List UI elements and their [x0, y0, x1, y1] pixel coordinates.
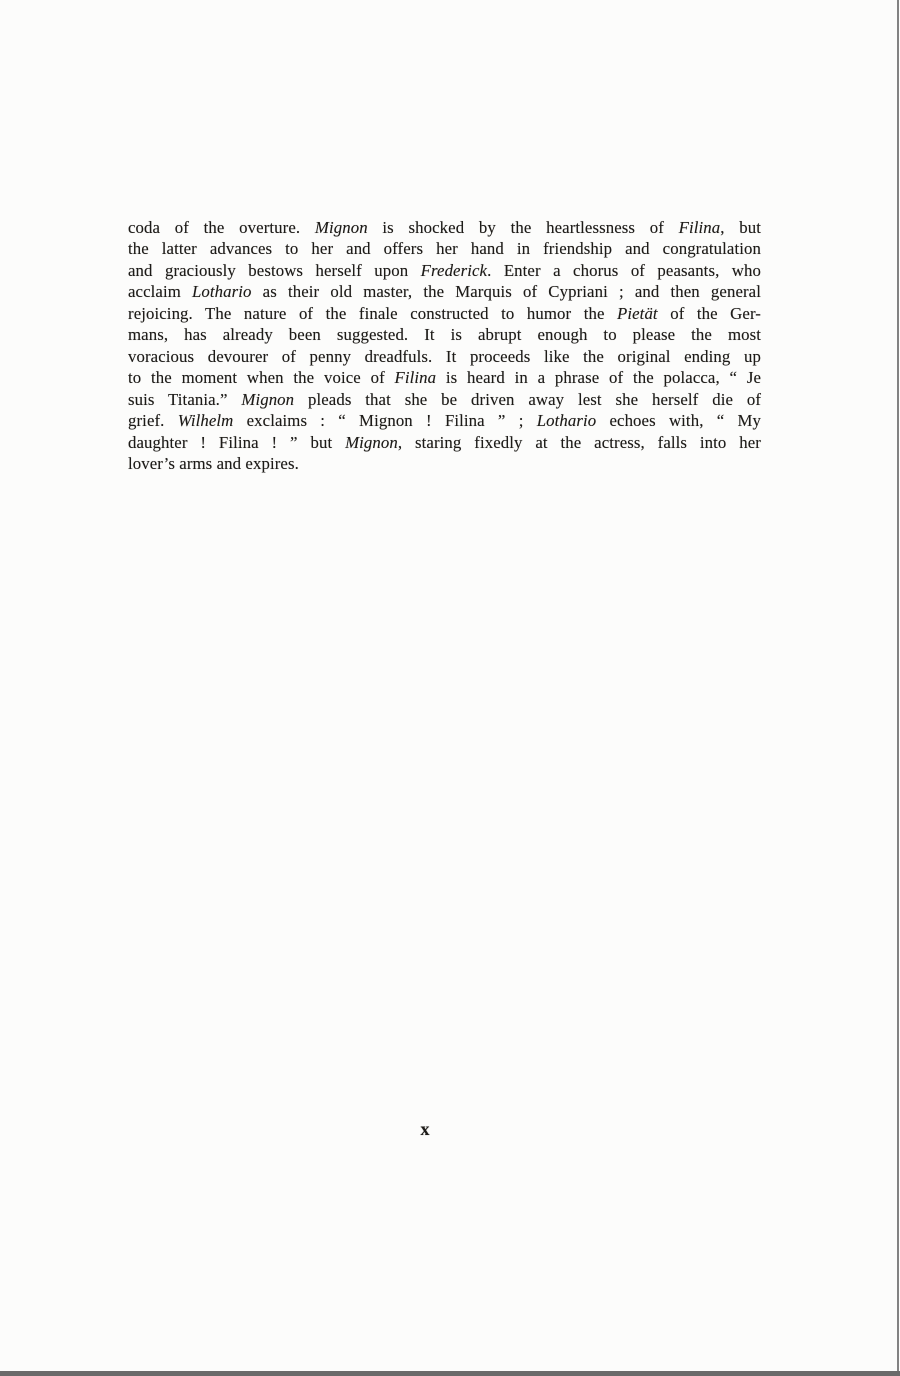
text-line: the latter advances to her and offers he…: [128, 238, 761, 259]
text-segment: acclaim: [128, 282, 192, 301]
italic-text-segment: Mignon: [241, 390, 294, 409]
scan-bottom-edge-bar: [0, 1371, 900, 1376]
text-segment: is heard in a phrase of the polacca, “ J…: [436, 368, 761, 387]
text-segment: to the moment when the voice of: [128, 368, 395, 387]
italic-text-segment: Frederick: [421, 261, 487, 280]
italic-text-segment: Filina: [395, 368, 437, 387]
text-line: suis Titania.” Mignon pleads that she be…: [128, 389, 761, 410]
italic-text-segment: Pietät: [617, 304, 658, 323]
text-segment: rejoicing. The nature of the finale cons…: [128, 304, 617, 323]
italic-text-segment: Lothario: [192, 282, 252, 301]
text-segment: as their old master, the Marquis of Cypr…: [252, 282, 761, 301]
text-line: acclaim Lothario as their old master, th…: [128, 281, 761, 302]
text-line: to the moment when the voice of Filina i…: [128, 367, 761, 388]
text-segment: . Enter a chorus of peasants, who: [487, 261, 761, 280]
text-line: coda of the overture. Mignon is shocked …: [128, 217, 761, 238]
text-segment: , staring fixedly at the actress, falls …: [398, 433, 761, 452]
text-segment: suis Titania.”: [128, 390, 241, 409]
text-segment: voracious devourer of penny dreadfuls. I…: [128, 347, 761, 366]
text-line: grief. Wilhelm exclaims : “ Mignon ! Fil…: [128, 410, 761, 431]
text-segment: , but: [720, 218, 761, 237]
text-segment: daughter ! Filina ! ” but: [128, 433, 345, 452]
page-number: x: [400, 1119, 450, 1140]
text-line: daughter ! Filina ! ” but Mignon, starin…: [128, 432, 761, 453]
text-segment: of the Ger-: [658, 304, 761, 323]
italic-text-segment: Mignon: [315, 218, 368, 237]
italic-text-segment: Lothario: [537, 411, 597, 430]
text-segment: echoes with, “ My: [596, 411, 761, 430]
text-segment: mans, has already been suggested. It is …: [128, 325, 761, 344]
scan-right-edge-line: [897, 0, 899, 1376]
text-segment: the latter advances to her and offers he…: [128, 239, 761, 258]
text-segment: exclaims : “ Mignon ! Filina ” ;: [233, 411, 536, 430]
text-line: lover’s arms and expires.: [128, 453, 761, 474]
text-segment: grief.: [128, 411, 178, 430]
book-page: coda of the overture. Mignon is shocked …: [0, 0, 900, 1376]
italic-text-segment: Filina: [679, 218, 721, 237]
text-line: mans, has already been suggested. It is …: [128, 324, 761, 345]
text-segment: pleads that she be driven away lest she …: [294, 390, 761, 409]
text-segment: coda of the overture.: [128, 218, 315, 237]
text-segment: and graciously bestows herself upon: [128, 261, 421, 280]
italic-text-segment: Wilhelm: [178, 411, 234, 430]
text-segment: lover’s arms and expires.: [128, 454, 299, 473]
paragraph: coda of the overture. Mignon is shocked …: [128, 217, 761, 474]
text-segment: is shocked by the heartlessness of: [368, 218, 679, 237]
italic-text-segment: Mignon: [345, 433, 398, 452]
text-line: voracious devourer of penny dreadfuls. I…: [128, 346, 761, 367]
text-line: rejoicing. The nature of the finale cons…: [128, 303, 761, 324]
text-line: and graciously bestows herself upon Fred…: [128, 260, 761, 281]
